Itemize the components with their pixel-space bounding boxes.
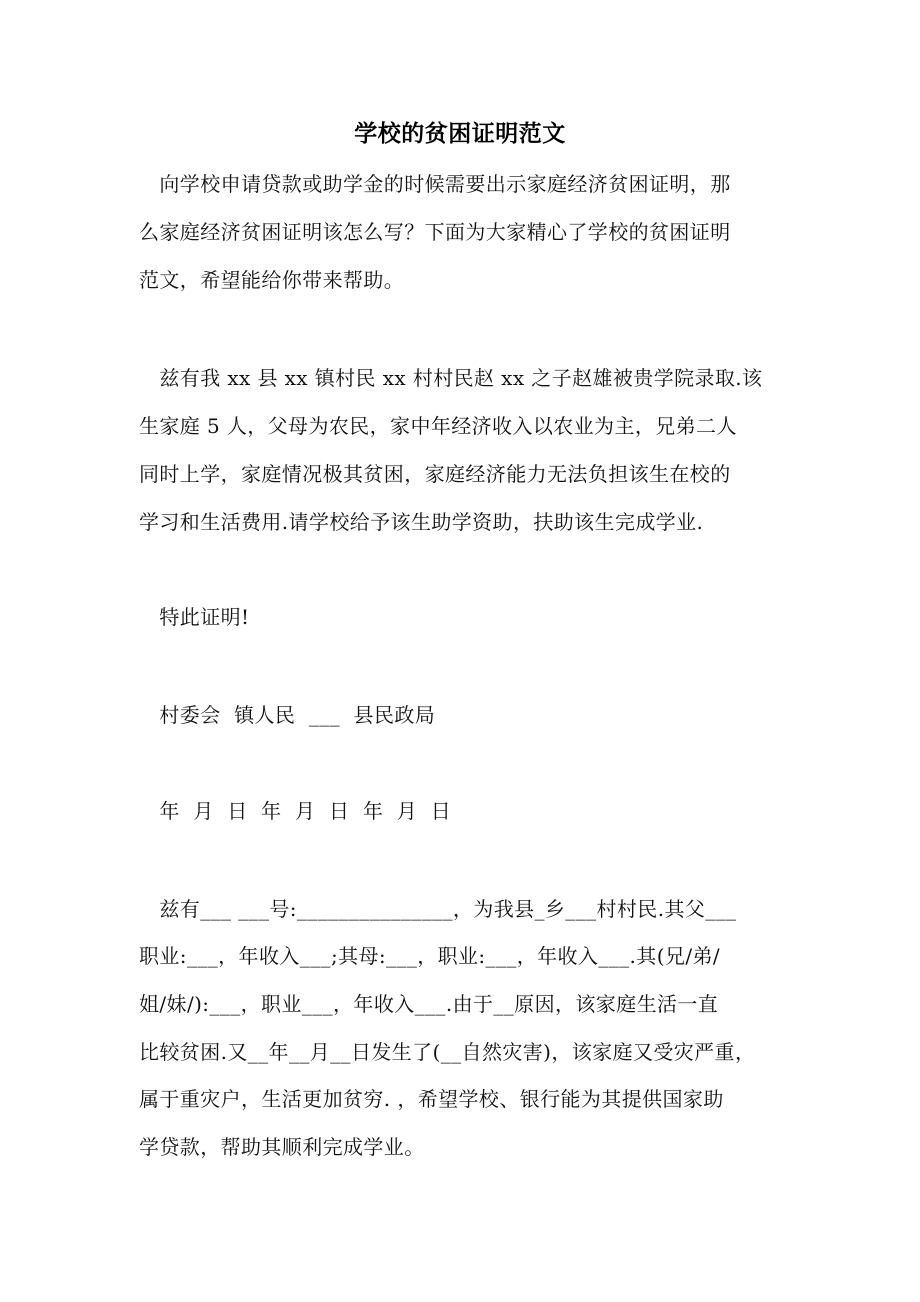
sample2-line-6: 学贷款，帮助其顺利完成学业。 [139, 1133, 425, 1161]
date-line: 年 月 日 年 月 日 年 月 日 [139, 797, 451, 825]
sample2-line-3: 姐/妹/):___，职业___，年收入___.由于__原因，该家庭生活一直 [139, 990, 718, 1018]
sample1-line-2: 生家庭 5 人，父母为农民，家中年经济收入以农业为主，兄弟二人 [139, 412, 737, 440]
sample2-line-2: 职业:___，年收入___;其母:___，职业:___，年收入___.其(兄/弟… [139, 942, 720, 970]
sample2-line-1: 兹有___ ___号:_______________，为我县_乡___村村民.其… [139, 895, 736, 923]
certify-line: 特此证明! [139, 603, 249, 631]
intro-line-1: 向学校申请贷款或助学金的时候需要出示家庭经济贫困证明，那 [139, 170, 731, 198]
sample2-line-4: 比较贫困.又__年__月__日发生了(__自然灾害)，该家庭又受灾严重， [139, 1038, 755, 1066]
sample1-line-3: 同时上学，家庭情况极其贫困，家庭经济能力无法负担该生在校的 [139, 460, 731, 488]
sample2-line-5: 属于重灾户，生活更加贫穷. ，希望学校、银行能为其提供国家助 [139, 1085, 724, 1113]
intro-line-3: 范文，希望能给你带来帮助。 [139, 266, 404, 294]
sample1-line-1: 兹有我 xx 县 xx 镇村民 xx 村村民赵 xx 之子赵雄被贵学院录取.该 [139, 364, 762, 392]
intro-line-2: 么家庭经济贫困证明该怎么写？下面为大家精心了学校的贫困证明 [139, 218, 731, 246]
sample1-line-4: 学习和生活费用.请学校给予该生助学资助，扶助该生完成学业. [139, 508, 703, 536]
document-title: 学校的贫困证明范文 [0, 119, 920, 149]
signatories-line: 村委会 镇人民 ___ 县民政局 [139, 701, 435, 729]
document-page: 学校的贫困证明范文 向学校申请贷款或助学金的时候需要出示家庭经济贫困证明，那 么… [0, 0, 920, 1302]
